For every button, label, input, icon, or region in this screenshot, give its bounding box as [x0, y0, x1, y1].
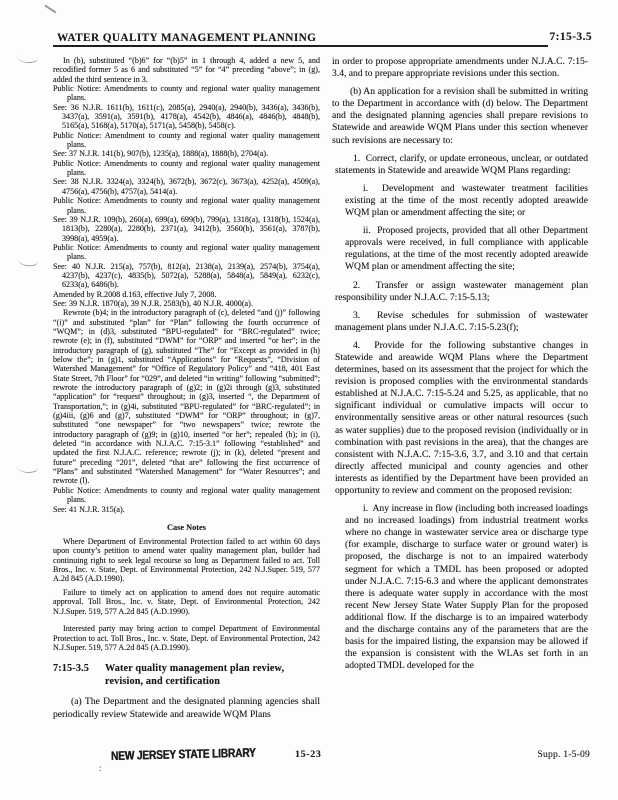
body-paragraph: in order to propose appropriate amendmen…	[332, 56, 588, 80]
body-paragraph: 4. Provide for the following substantive…	[335, 340, 588, 497]
history-note: In (b), substituted “(b)6” for “(b)5” in…	[53, 56, 320, 84]
body-paragraph: 1. Correct, clarify, or update erroneous…	[335, 153, 588, 177]
body-paragraph: (b) An application for a revision shall …	[332, 86, 588, 146]
case-note-paragraph: Failure to timely act on application to …	[53, 588, 320, 616]
header-rule	[53, 45, 548, 47]
body-paragraph: i. Any increase in flow (including both …	[345, 503, 588, 672]
case-note-paragraph: Interested party may bring action to com…	[53, 624, 320, 652]
library-stamp: NEW JERSEY STATE LIBRARY	[111, 746, 256, 763]
page-header-section-number: 7:15-3.5	[550, 31, 592, 43]
body-paragraph: 3. Revise schedules for submission of wa…	[335, 310, 588, 334]
scan-arc-mark	[16, 251, 38, 268]
case-notes-block: Where Department of Environmental Protec…	[53, 537, 320, 652]
history-note: Public Notice: Amendments to county and …	[53, 486, 320, 505]
page-header-title: WATER QUALITY MANAGEMENT PLANNING	[57, 32, 316, 44]
page-body: In (b), substituted “(b)6” for “(b)5” in…	[53, 56, 588, 721]
scan-corner-mark	[45, 5, 57, 13]
history-note: Amended by R.2008 d.163, effective July …	[53, 290, 320, 299]
body-paragraph: 2. Transfer or assign wastewater managem…	[335, 280, 588, 304]
history-note: Rewrote (b)4; in the introductory paragr…	[53, 308, 320, 486]
history-note: Public Notice: Amendments to county and …	[53, 84, 320, 103]
section-heading: 7:15-3.5 Water quality management plan r…	[53, 663, 320, 688]
history-note: See: 40 N.J.R. 215(a), 757(b), 812(a), 2…	[53, 262, 320, 290]
history-note: See: 36 N.J.R. 1611(b), 1611(c), 2085(a)…	[53, 103, 320, 131]
history-note: See: 39 N.J.R. 109(b), 260(a), 699(a), 6…	[53, 215, 320, 243]
left-column: In (b), substituted “(b)6” for “(b)5” in…	[53, 56, 320, 721]
right-column-paragraphs: in order to propose appropriate amendmen…	[332, 56, 588, 672]
scan-speck-mark: :	[99, 763, 102, 773]
history-note: Public Notice: Amendment to county and r…	[53, 131, 320, 150]
section-body-paragraph: (a) The Department and the designated pl…	[53, 696, 320, 720]
history-note: Public Notice: Amendments to county and …	[53, 243, 320, 262]
history-note: See: 39 N.J.R. 1870(a), 39 N.J.R. 2583(b…	[53, 299, 320, 308]
section-heading-title: Water quality management plan review, re…	[105, 663, 320, 688]
body-paragraph: i. Development and wastewater treatment …	[345, 183, 588, 219]
right-column: in order to propose appropriate amendmen…	[332, 56, 588, 678]
history-note: Public Notice: Amendments to county and …	[53, 159, 320, 178]
case-notes-heading: Case Notes	[53, 523, 320, 532]
history-note: See: 37 N.J.R. 141(b), 907(b), 1235(a), …	[53, 149, 320, 158]
history-notes-block: In (b), substituted “(b)6” for “(b)5” in…	[53, 56, 320, 514]
history-note: Public Notice: Amendments to county and …	[53, 196, 320, 215]
body-paragraph: ii. Proposed projects, provided that all…	[345, 225, 588, 273]
page-number: 15-23	[295, 749, 322, 760]
section-heading-number: 7:15-3.5	[53, 663, 105, 688]
history-note: See: 41 N.J.R. 315(a).	[53, 505, 320, 514]
document-page: : WATER QUALITY MANAGEMENT PLANNING 7:15…	[0, 0, 618, 800]
supplement-date: Supp. 1-5-09	[537, 749, 590, 760]
history-note: See: 38 N.J.R. 3324(a), 3324(b), 3672(b)…	[53, 177, 320, 196]
scan-arc-mark	[15, 458, 38, 477]
case-note-paragraph: Where Department of Environmental Protec…	[53, 537, 320, 584]
scan-arc-mark	[16, 48, 39, 66]
